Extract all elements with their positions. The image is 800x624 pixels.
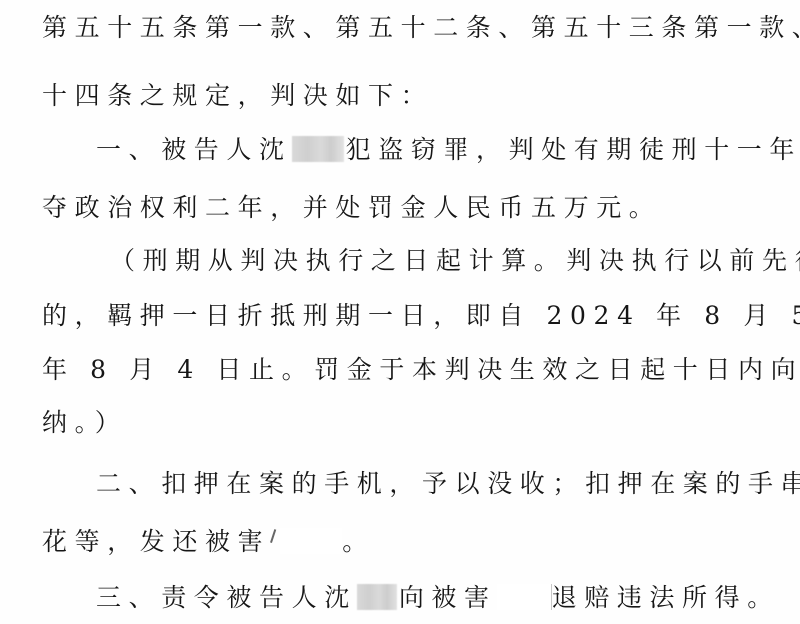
redacted-victim-name xyxy=(497,584,552,610)
redacted-defendant-name xyxy=(357,584,397,610)
line-text: 第五十五条第一款、第五十二条、第五十三条第一款、第六 xyxy=(42,13,800,42)
judgment-term-line-2: 的，羁押一日折抵刑期一日，即自 2024 年 8 月 5 日起至 2035 xyxy=(42,301,758,331)
judgment-item-3-line-1: 三、责令被告人沈向被害退赔违法所得。 xyxy=(96,583,800,613)
redacted-defendant-name xyxy=(292,136,344,162)
judgment-term-line-3: 年 8 月 4 日止。罚金于本判决生效之日起十日内向本院缴 xyxy=(42,355,758,385)
judgment-term-line-4: 纳。） xyxy=(42,408,758,438)
line-text-after: 。 xyxy=(342,527,375,556)
line-text: 纳。） xyxy=(42,408,127,437)
judgment-line-2: 十四条之规定，判决如下： xyxy=(42,81,758,111)
document-page: 第五十五条第一款、第五十二条、第五十三条第一款、第六 十四条之规定，判决如下： … xyxy=(0,0,800,624)
judgment-term-line-1: （刑期从判决执行之日起计算。判决执行以前先行羁押 xyxy=(110,246,800,276)
judgment-item-1-line-1: 一、被告人沈犯盗窃罪，判处有期徒刑十一年，剥 xyxy=(96,135,800,165)
line-text: 二、扣押在案的手机，予以没收；扣押在案的手串、胸 xyxy=(96,469,800,498)
line-text-after: 退赔违法所得。 xyxy=(552,583,780,612)
line-text-middle: 向被害 xyxy=(399,583,497,612)
judgment-item-2-line-2: 花等，发还被害。 xyxy=(42,527,758,557)
judgment-line-1: 第五十五条第一款、第五十二条、第五十三条第一款、第六 xyxy=(42,13,758,43)
judgment-item-2-line-1: 二、扣押在案的手机，予以没收；扣押在案的手串、胸 xyxy=(96,469,800,499)
line-text: 年 8 月 4 日止。罚金于本判决生效之日起十日内向本院缴 xyxy=(42,355,800,384)
line-text: 夺政治权利二年，并处罚金人民币五万元。 xyxy=(42,193,661,222)
line-text-before: 三、责令被告人沈 xyxy=(96,583,357,612)
line-text-before: 花等，发还被害 xyxy=(42,527,270,556)
line-text: 的，羁押一日折抵刑期一日，即自 2024 年 8 月 5 日起至 2035 xyxy=(42,301,800,330)
line-text: 十四条之规定，判决如下： xyxy=(42,81,433,110)
line-text: （刑期从判决执行之日起计算。判决执行以前先行羁押 xyxy=(110,246,800,275)
line-text-before: 一、被告人沈 xyxy=(96,135,292,164)
judgment-item-1-line-2: 夺政治权利二年，并处罚金人民币五万元。 xyxy=(42,193,758,223)
line-text-after: 犯盗窃罪，判处有期徒刑十一年，剥 xyxy=(346,135,800,164)
redacted-victim-name xyxy=(280,528,342,554)
